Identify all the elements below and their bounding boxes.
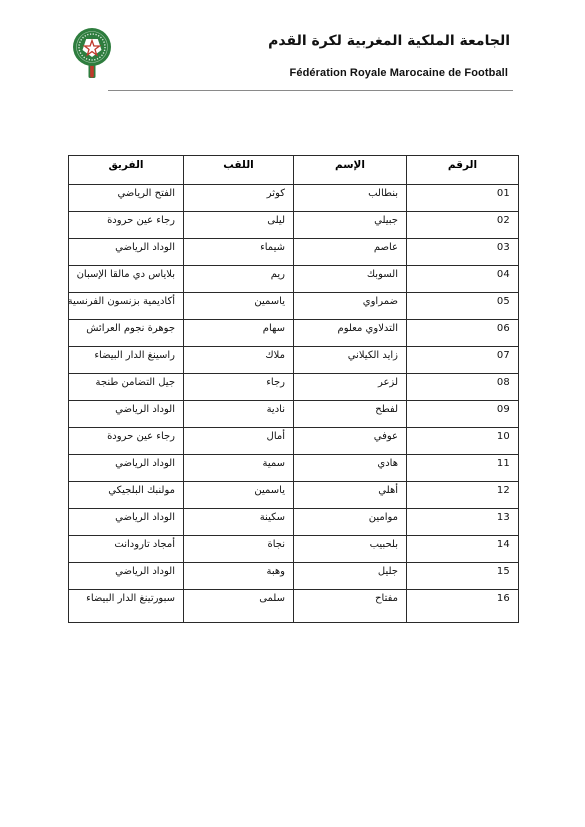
table-row: 10عوفيأمالرجاء عين حرودة	[69, 428, 519, 455]
frmf-logo	[72, 26, 112, 82]
cell-team: الوداد الرياضي	[69, 509, 184, 536]
header-divider	[108, 90, 513, 91]
cell-name: زايد الكيلاني	[294, 347, 407, 374]
column-header-team: الفريق	[69, 156, 184, 185]
cell-team: أكاديمية بزنسون الفرنسية	[69, 293, 184, 320]
cell-name: بلحبيب	[294, 536, 407, 563]
cell-num: 11	[407, 455, 519, 482]
roster-table: الرقم الإسم اللقب الفريق 01بنطالبكوثرالف…	[68, 155, 519, 623]
cell-team: الوداد الرياضي	[69, 455, 184, 482]
cell-name: جليل	[294, 563, 407, 590]
table-row: 08لزعررجاءجيل التضامن طنجة	[69, 374, 519, 401]
cell-name: مفتاح	[294, 590, 407, 623]
cell-num: 09	[407, 401, 519, 428]
cell-nickname: ياسمين	[184, 293, 294, 320]
cell-nickname: أمال	[184, 428, 294, 455]
table-row: 13موامينسكينةالوداد الرياضي	[69, 509, 519, 536]
cell-team: أمجاد تارودانت	[69, 536, 184, 563]
cell-team: الوداد الرياضي	[69, 563, 184, 590]
table-row: 03عاصمشيماءالوداد الرياضي	[69, 239, 519, 266]
cell-num: 13	[407, 509, 519, 536]
cell-nickname: كوثر	[184, 185, 294, 212]
cell-name: بنطالب	[294, 185, 407, 212]
cell-nickname: نجاة	[184, 536, 294, 563]
table-row: 12أهليياسمينمولنبك البلجيكي	[69, 482, 519, 509]
table-row: 04السوبكريمبلاياس دي مالقا الإسبان	[69, 266, 519, 293]
cell-name: عاصم	[294, 239, 407, 266]
cell-name: لفطح	[294, 401, 407, 428]
column-header-nickname: اللقب	[184, 156, 294, 185]
cell-team: بلاياس دي مالقا الإسبان	[69, 266, 184, 293]
column-header-name: الإسم	[294, 156, 407, 185]
cell-nickname: رجاء	[184, 374, 294, 401]
cell-nickname: سمية	[184, 455, 294, 482]
table-row: 06التدلاوي معلومسهامجوهرة نجوم العرائش	[69, 320, 519, 347]
cell-name: التدلاوي معلوم	[294, 320, 407, 347]
table-row: 07زايد الكيلانيملاكراسينغ الدار البيضاء	[69, 347, 519, 374]
cell-num: 14	[407, 536, 519, 563]
player-roster: الرقم الإسم اللقب الفريق 01بنطالبكوثرالف…	[68, 155, 518, 623]
cell-num: 01	[407, 185, 519, 212]
cell-nickname: سهام	[184, 320, 294, 347]
cell-name: ضمراوي	[294, 293, 407, 320]
table-header-row: الرقم الإسم اللقب الفريق	[69, 156, 519, 185]
cell-nickname: وهبة	[184, 563, 294, 590]
table-row: 05ضمراويياسمينأكاديمية بزنسون الفرنسية	[69, 293, 519, 320]
cell-num: 15	[407, 563, 519, 590]
cell-team: الوداد الرياضي	[69, 239, 184, 266]
cell-team: رجاء عين حرودة	[69, 428, 184, 455]
cell-nickname: نادية	[184, 401, 294, 428]
document-page: الجامعة الملكية المغربية لكرة القدم Fédé…	[0, 0, 585, 827]
cell-num: 02	[407, 212, 519, 239]
cell-nickname: ليلى	[184, 212, 294, 239]
cell-nickname: ملاك	[184, 347, 294, 374]
cell-num: 10	[407, 428, 519, 455]
cell-nickname: شيماء	[184, 239, 294, 266]
federation-title-french: Fédération Royale Marocaine de Football	[290, 67, 508, 79]
cell-nickname: سكينة	[184, 509, 294, 536]
cell-name: جبيلي	[294, 212, 407, 239]
cell-name: موامين	[294, 509, 407, 536]
cell-nickname: سلمى	[184, 590, 294, 623]
cell-nickname: ريم	[184, 266, 294, 293]
cell-num: 16	[407, 590, 519, 623]
table-row: 16مفتاحسلمىسبورتينغ الدار البيضاء	[69, 590, 519, 623]
cell-team: رجاء عين حرودة	[69, 212, 184, 239]
roster-table-body: 01بنطالبكوثرالفتح الرياضي02جبيليليلىرجاء…	[69, 185, 519, 623]
cell-num: 04	[407, 266, 519, 293]
cell-team: الفتح الرياضي	[69, 185, 184, 212]
federation-title-arabic: الجامعة الملكية المغربية لكرة القدم	[268, 33, 510, 49]
cell-name: أهلي	[294, 482, 407, 509]
table-row: 11هاديسميةالوداد الرياضي	[69, 455, 519, 482]
table-row: 01بنطالبكوثرالفتح الرياضي	[69, 185, 519, 212]
column-header-number: الرقم	[407, 156, 519, 185]
table-row: 09لفطحناديةالوداد الرياضي	[69, 401, 519, 428]
cell-num: 06	[407, 320, 519, 347]
cell-team: سبورتينغ الدار البيضاء	[69, 590, 184, 623]
cell-team: مولنبك البلجيكي	[69, 482, 184, 509]
cell-nickname: ياسمين	[184, 482, 294, 509]
cell-name: السوبك	[294, 266, 407, 293]
cell-team: الوداد الرياضي	[69, 401, 184, 428]
cell-num: 03	[407, 239, 519, 266]
cell-team: جوهرة نجوم العرائش	[69, 320, 184, 347]
cell-num: 12	[407, 482, 519, 509]
cell-name: عوفي	[294, 428, 407, 455]
table-row: 14بلحبيبنجاةأمجاد تارودانت	[69, 536, 519, 563]
table-row: 15جليلوهبةالوداد الرياضي	[69, 563, 519, 590]
cell-num: 07	[407, 347, 519, 374]
cell-num: 05	[407, 293, 519, 320]
cell-name: هادي	[294, 455, 407, 482]
cell-team: جيل التضامن طنجة	[69, 374, 184, 401]
cell-name: لزعر	[294, 374, 407, 401]
cell-num: 08	[407, 374, 519, 401]
cell-team: راسينغ الدار البيضاء	[69, 347, 184, 374]
frmf-crest-icon	[72, 26, 112, 82]
table-row: 02جبيليليلىرجاء عين حرودة	[69, 212, 519, 239]
